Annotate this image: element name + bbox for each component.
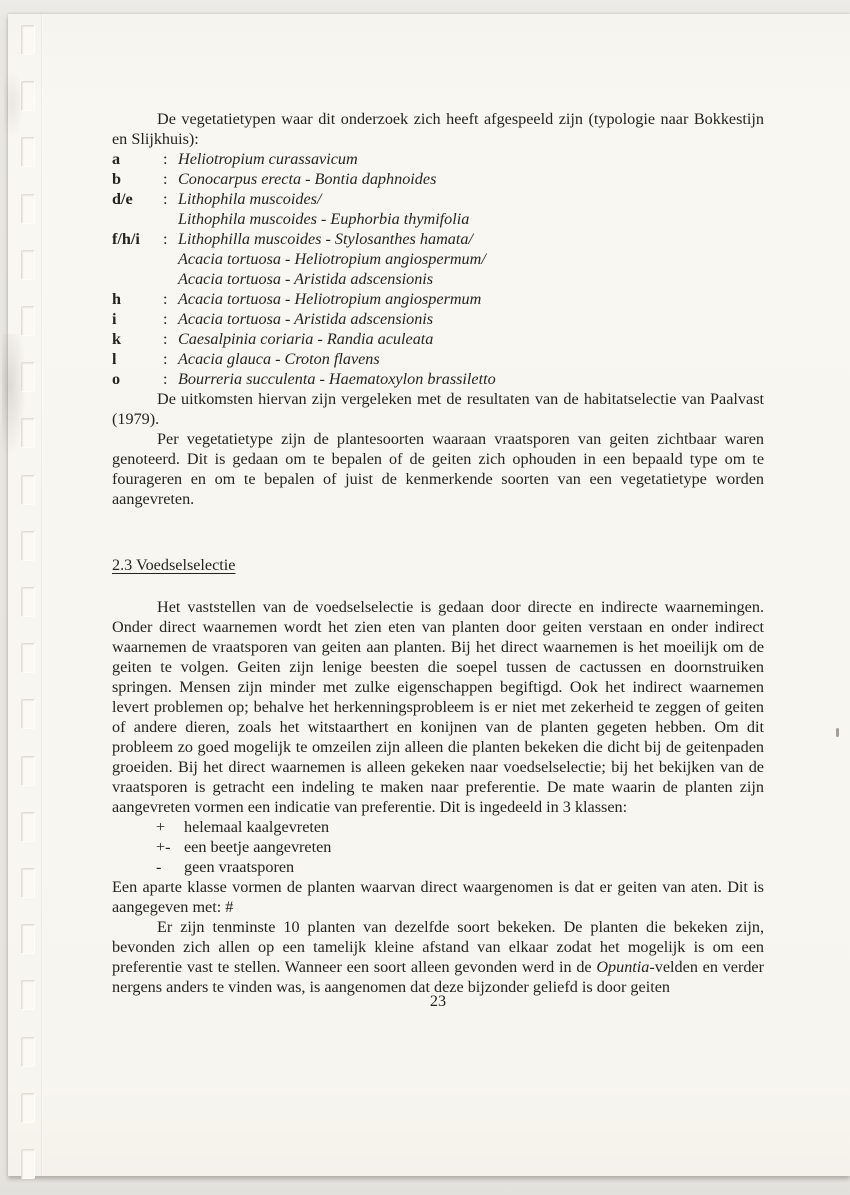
binding-hole: [21, 643, 35, 673]
paragraph-results: De uitkomsten hiervan zijn vergeleken me…: [112, 389, 764, 429]
paragraph-aparte-klasse: Een aparte klasse vormen de planten waar…: [112, 877, 764, 917]
species-name: Acacia tortuosa - Heliotropium angiosper…: [178, 249, 764, 269]
type-colon: :: [163, 289, 178, 309]
binding-hole: [21, 194, 35, 224]
binding-hole: [21, 1149, 35, 1179]
paragraph-vraatsporen: Per vegetatietype zijn de plantesoorten …: [112, 429, 764, 509]
species-name: Acacia glauca - Croton flavens: [178, 350, 380, 368]
binding-hole: [21, 137, 35, 167]
class-symbol: +: [156, 817, 184, 837]
type-label: k: [112, 329, 163, 349]
paragraph-voedselselectie: Het vaststellen van de voedselselectie i…: [112, 597, 764, 817]
class-symbol: -: [156, 857, 184, 877]
class-label: een beetje aangevreten: [184, 837, 764, 857]
species-name: Bourreria succulenta - Haematoxylon bras…: [178, 370, 496, 388]
type-label: i: [112, 309, 163, 329]
list-item: +- een beetje aangevreten: [156, 837, 764, 857]
binding-hole: [21, 587, 35, 617]
vegetation-type-list: a : Heliotropium curassavicum b : Conoca…: [112, 149, 764, 389]
type-label: a: [112, 149, 163, 169]
binding-hole: [21, 306, 35, 336]
type-label: d/e: [112, 189, 163, 229]
species-name: Acacia tortuosa - Aristida adscensionis: [178, 310, 433, 328]
species-name: Lithophila muscoides - Euphorbia thymifo…: [178, 209, 764, 229]
species-name: Heliotropium curassavicum: [178, 150, 358, 168]
type-colon: :: [163, 349, 178, 369]
type-colon: :: [163, 309, 178, 329]
type-label: o: [112, 369, 163, 389]
class-symbol: +-: [156, 837, 184, 857]
list-item: f/h/i : Lithophilla muscoides - Stylosan…: [112, 229, 764, 289]
paper: De vegetatietypen waar dit onderzoek zic…: [8, 14, 850, 1176]
list-item: o : Bourreria succulenta - Haematoxylon …: [112, 369, 764, 389]
type-colon: :: [163, 169, 178, 189]
species-name: Acacia tortuosa - Aristida adscensionis: [178, 269, 764, 289]
species-name: Conocarpus erecta - Bontia daphnoides: [178, 170, 436, 188]
binding-hole: [21, 25, 35, 55]
list-item: d/e : Lithophila muscoides/ Lithophila m…: [112, 189, 764, 229]
list-item: k : Caesalpinia coriaria - Randia aculea…: [112, 329, 764, 349]
binding-hole: [21, 699, 35, 729]
binding-hole: [21, 81, 35, 111]
class-label: helemaal kaalgevreten: [184, 817, 764, 837]
binding-hole: [21, 475, 35, 505]
scanned-page-background: De vegetatietypen waar dit onderzoek zic…: [0, 0, 850, 1195]
list-item: i : Acacia tortuosa - Aristida adscensio…: [112, 309, 764, 329]
type-colon: :: [163, 189, 178, 229]
type-colon: :: [163, 229, 178, 289]
class-label: geen vraatsporen: [184, 857, 764, 877]
list-item: + helemaal kaalgevreten: [156, 817, 764, 837]
species-name: Caesalpinia coriaria - Randia aculeata: [178, 330, 433, 348]
page-number: 23: [112, 991, 764, 1011]
binding-hole: [21, 250, 35, 280]
intro-paragraph: De vegetatietypen waar dit onderzoek zic…: [112, 109, 764, 149]
paragraph-tien-planten: Er zijn tenminste 10 planten van dezelfd…: [112, 917, 764, 997]
type-label: f/h/i: [112, 229, 163, 289]
scan-mark: [836, 728, 839, 737]
list-item: b : Conocarpus erecta - Bontia daphnoide…: [112, 169, 764, 189]
type-label: b: [112, 169, 163, 189]
binding-hole: [21, 418, 35, 448]
binding-hole: [21, 756, 35, 786]
type-colon: :: [163, 149, 178, 169]
type-label: l: [112, 349, 163, 369]
list-item: a : Heliotropium curassavicum: [112, 149, 764, 169]
type-colon: :: [163, 329, 178, 349]
binding-hole: [21, 980, 35, 1010]
type-colon: :: [163, 369, 178, 389]
genus-name: Opuntia: [596, 958, 649, 976]
binding-hole: [21, 531, 35, 561]
list-item: - geen vraatsporen: [156, 857, 764, 877]
section-heading: 2.3 Voedselselectie: [112, 555, 764, 575]
binding-hole: [21, 1093, 35, 1123]
binding-hole: [21, 924, 35, 954]
binding-crease: [41, 14, 42, 1176]
species-name: Lithophilla muscoides - Stylosanthes ham…: [178, 229, 764, 249]
binding-hole: [21, 868, 35, 898]
binding-hole: [21, 812, 35, 842]
species-name: Acacia tortuosa - Heliotropium angiosper…: [178, 290, 481, 308]
list-item: h : Acacia tortuosa - Heliotropium angio…: [112, 289, 764, 309]
binding-hole: [21, 362, 35, 392]
binding-hole: [21, 1037, 35, 1067]
list-item: l : Acacia glauca - Croton flavens: [112, 349, 764, 369]
type-label: h: [112, 289, 163, 309]
species-name: Lithophila muscoides/: [178, 189, 764, 209]
page-content: De vegetatietypen waar dit onderzoek zic…: [112, 109, 764, 997]
preference-class-list: + helemaal kaalgevreten +- een beetje aa…: [156, 817, 764, 877]
